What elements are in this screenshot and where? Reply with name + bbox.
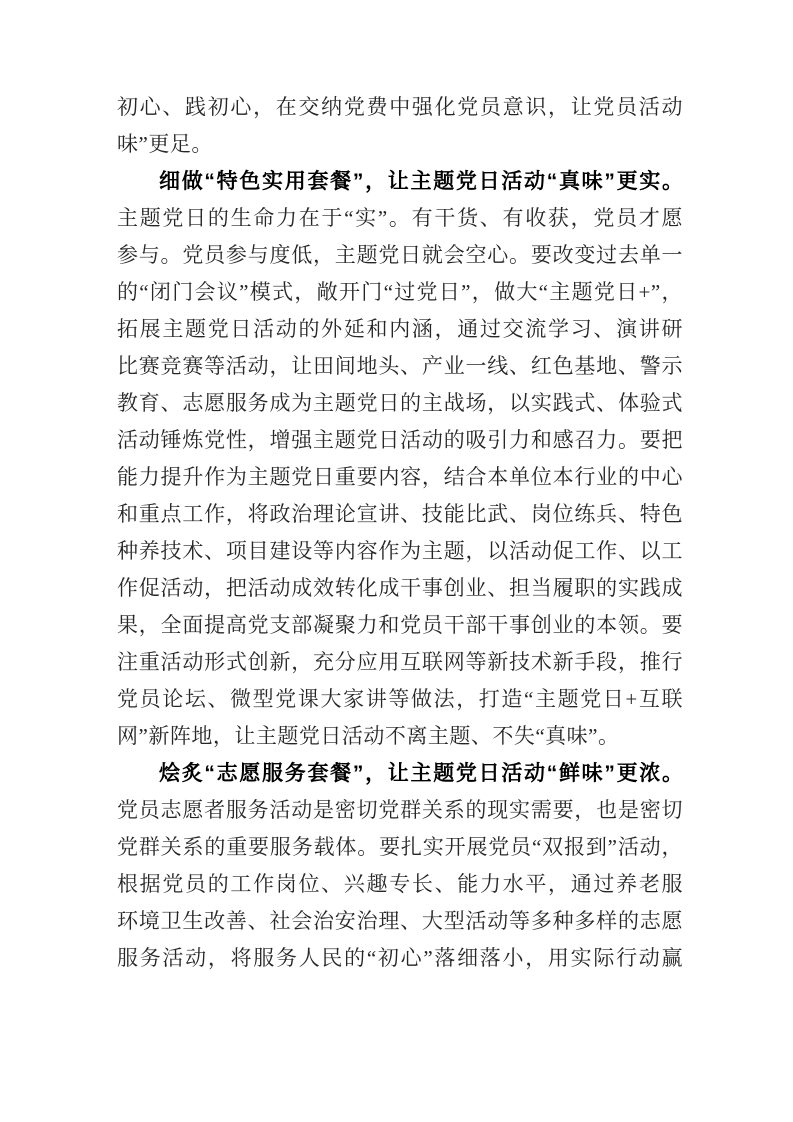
document-page: 初心、践初心，在交纳党费中强化党员意识，让党员活动“党味”更足。细做“特色实用套… bbox=[0, 0, 793, 1122]
text-line: 服务活动，将服务人民的“初心”落细落小，用实际行动赢 bbox=[117, 940, 683, 977]
text-line: 能力提升作为主题党日重要内容，结合本单位本行业的中心 bbox=[117, 459, 683, 496]
text-line: 教育、志愿服务成为主题党日的主战场，以实践式、体验式 bbox=[117, 385, 683, 422]
text-line: 注重活动形式创新，充分应用互联网等新技术新手段，推行 bbox=[117, 644, 683, 681]
text-line: 初心、践初心，在交纳党费中强化党员意识，让党员活动“党 bbox=[117, 89, 683, 126]
text-line: 味”更足。 bbox=[117, 126, 683, 163]
text-line: 的“闭门会议”模式，敞开门“过党日”，做大“主题党日+”， bbox=[117, 274, 683, 311]
text-line: 种养技术、项目建设等内容作为主题，以活动促工作、以工 bbox=[117, 533, 683, 570]
text-line: 主题党日的生命力在于“实”。有干货、有收获，党员才愿 bbox=[117, 200, 683, 237]
text-line: 党员论坛、微型党课大家讲等做法，打造“主题党日+互联 bbox=[117, 681, 683, 718]
text-line: 作促活动，把活动成效转化成干事创业、担当履职的实践成 bbox=[117, 570, 683, 607]
text-line: 果，全面提高党支部凝聚力和党员干部干事创业的本领。要 bbox=[117, 607, 683, 644]
text-line: 拓展主题党日活动的外延和内涵，通过交流学习、演讲研讨、 bbox=[117, 311, 683, 348]
text-line: 党群关系的重要服务载体。要扎实开展党员“双报到”活动， bbox=[117, 829, 683, 866]
text-line: 细做“特色实用套餐”，让主题党日活动“真味”更实。 bbox=[117, 163, 683, 200]
text-line: 烩炙“志愿服务套餐”，让主题党日活动“鲜味”更浓。 bbox=[117, 755, 683, 792]
text-line: 环境卫生改善、社会治安治理、大型活动等多种多样的志愿 bbox=[117, 903, 683, 940]
text-line: 参与。党员参与度低，主题党日就会空心。要改变过去单一 bbox=[117, 237, 683, 274]
text-line: 根据党员的工作岗位、兴趣专长、能力水平，通过养老服务、 bbox=[117, 866, 683, 903]
text-line: 和重点工作，将政治理论宣讲、技能比武、岗位练兵、特色 bbox=[117, 496, 683, 533]
text-line: 党员志愿者服务活动是密切党群关系的现实需要，也是密切 bbox=[117, 792, 683, 829]
text-line: 活动锤炼党性，增强主题党日活动的吸引力和感召力。要把 bbox=[117, 422, 683, 459]
text-line: 网”新阵地，让主题党日活动不离主题、不失“真味”。 bbox=[117, 718, 683, 755]
text-line: 比赛竞赛等活动，让田间地头、产业一线、红色基地、警示 bbox=[117, 348, 683, 385]
document-body: 初心、践初心，在交纳党费中强化党员意识，让党员活动“党味”更足。细做“特色实用套… bbox=[117, 89, 683, 977]
